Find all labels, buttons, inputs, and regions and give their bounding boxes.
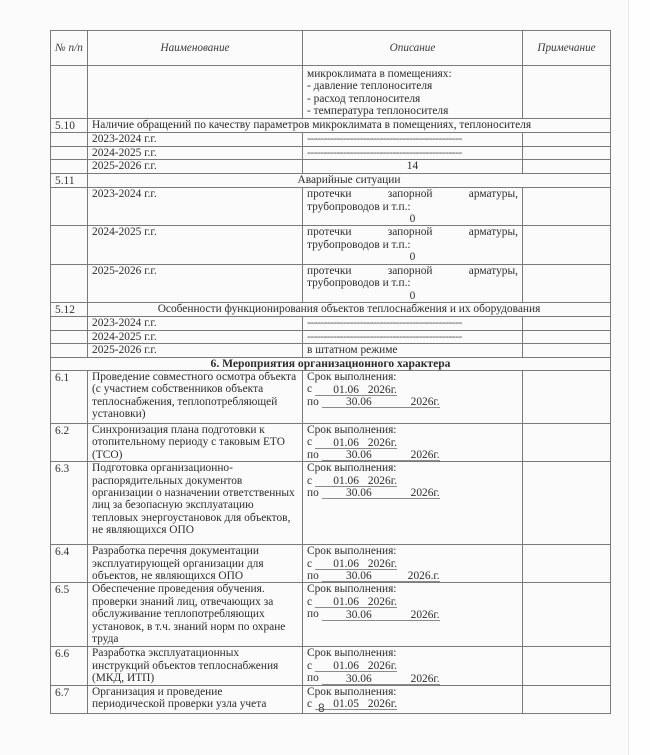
continuation-row: микроклимата в помещениях: - давление те… <box>51 66 611 119</box>
page-number: 8 <box>318 701 325 715</box>
task-row-6-3: 6.3 Подготовка организационно-распорядит… <box>51 462 611 545</box>
section-5-12-row: 5.12 Особенности функционирования объект… <box>51 302 611 316</box>
section-6-header-row: 6. Мероприятия организационного характер… <box>51 357 611 370</box>
report-table: № п/п Наименование Описание Примечание м… <box>50 30 611 714</box>
table-row: 2024-2025 г.г. -------------------------… <box>51 330 611 343</box>
task-row-6-4: 6.4 Разработка перечня документации эксп… <box>51 545 611 583</box>
scan-page-edge <box>628 0 650 755</box>
table-row: 2025-2026 г.г. протечки запорной арматур… <box>51 264 611 302</box>
task-row-6-6: 6.6 Разработка эксплуатационных инструкц… <box>51 647 611 685</box>
task-row-6-5: 6.5 Обеспечение проведения обучения. про… <box>51 583 611 647</box>
section-5-11-row: 5.11 Аварийные ситуации <box>51 173 611 187</box>
deadline-cell: Срок выполнения: с 01.062026г. по 30.062… <box>303 545 523 583</box>
deadline-cell: Срок выполнения: с 01.062026г. по 30.062… <box>303 423 523 461</box>
deadline-cell: Срок выполнения: с 01.062026г. по 30.062… <box>303 370 523 423</box>
table-row: 2024-2025 г.г. -------------------------… <box>51 147 611 160</box>
section-6-title: 6. Мероприятия организационного характер… <box>51 357 611 370</box>
header-number: № п/п <box>51 31 88 66</box>
header-note: Примечание <box>523 31 611 66</box>
table-row: 2023-2024 г.г. -------------------------… <box>51 133 611 147</box>
deadline-cell: Срок выполнения: с 01.052026г. <box>303 685 523 713</box>
task-row-6-1: 6.1 Проведение совместного осмотра объек… <box>51 370 611 423</box>
section-5-11-title: Аварийные ситуации <box>88 173 611 187</box>
table-row: 2025-2026 г.г. 14 <box>51 160 611 173</box>
task-row-6-2: 6.2 Синхронизация плана подготовки к ото… <box>51 423 611 461</box>
deadline-cell: Срок выполнения: с 01.062026г. по 30.062… <box>303 647 523 685</box>
section-5-10-row: 5.10 Наличие обращений по качеству парам… <box>51 118 611 132</box>
section-5-10-title: Наличие обращений по качеству параметров… <box>88 118 611 132</box>
header-name: Наименование <box>88 31 303 66</box>
deadline-cell: Срок выполнения: с 01.062026г. по 30.062… <box>303 462 523 545</box>
section-5-12-title: Особенности функционирования объектов те… <box>88 302 611 316</box>
deadline-cell: Срок выполнения: с 01.062026г. по 30.062… <box>303 583 523 647</box>
table-header-row: № п/п Наименование Описание Примечание <box>51 31 611 66</box>
continuation-description: микроклимата в помещениях: - давление те… <box>303 66 523 119</box>
table-row: 2023-2024 г.г. -------------------------… <box>51 317 611 330</box>
table-row: 2023-2024 г.г. протечки запорной арматур… <box>51 188 611 226</box>
table-row: 2025-2026 г.г. в штатном режиме <box>51 344 611 357</box>
header-description: Описание <box>303 31 523 66</box>
task-row-6-7: 6.7 Организация и проведение периодическ… <box>51 685 611 713</box>
table-row: 2024-2025 г.г. протечки запорной арматур… <box>51 226 611 264</box>
